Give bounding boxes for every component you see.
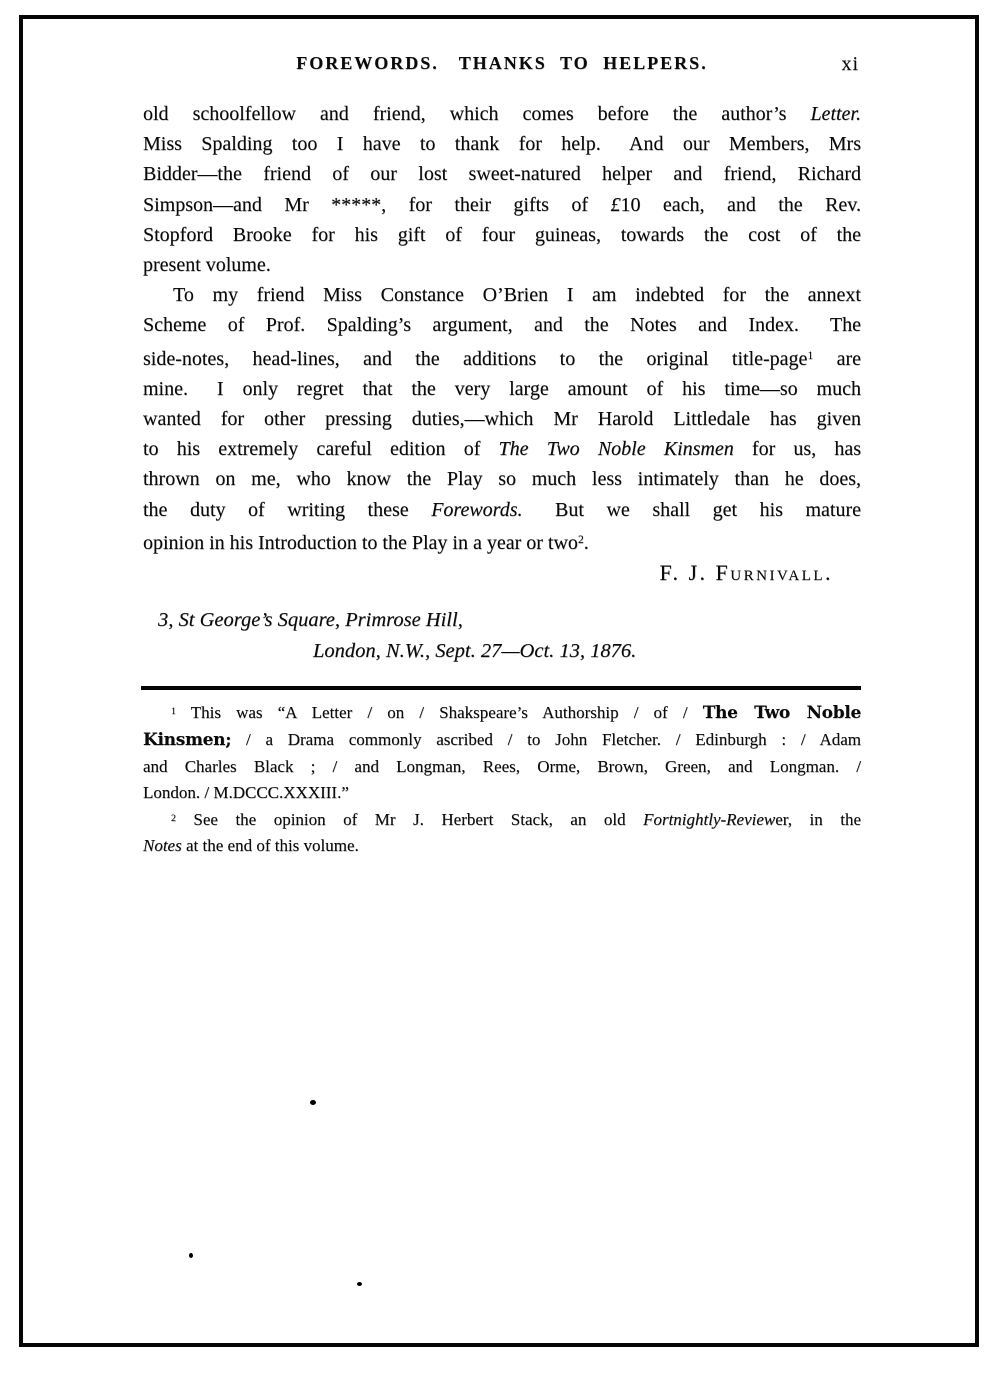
- text-segment: The Two Noble Kinsmen: [499, 438, 734, 460]
- text-segment: opinion in his Introduction to the Play …: [143, 532, 578, 554]
- text-line: present volume.: [143, 250, 861, 280]
- text-line: Scheme of Prof. Spalding’s argument, and…: [143, 310, 861, 340]
- text-segment: The Two Noble: [703, 703, 861, 723]
- text-line: side-notes, head-lines, and the addition…: [143, 341, 861, 374]
- text-segment: Notes: [143, 836, 182, 855]
- paragraph-1: old schoolfellow and friend, which comes…: [143, 99, 861, 280]
- text-segment: Stopford Brooke for his gift of four gui…: [143, 224, 861, 246]
- footnote-2: 2 See the opinion of Mr J. Herbert Stack…: [143, 806, 861, 859]
- dateline-date: London, N.W., Sept. 27—Oct. 13, 1876.: [143, 636, 861, 667]
- text-line: to his extremely careful edition of The …: [143, 434, 861, 464]
- text-line: 1 This was “A Letter / on / Shakspeare’s…: [143, 699, 861, 727]
- signature-line: F. J. Furnivall.: [143, 560, 861, 586]
- text-line: opinion in his Introduction to the Play …: [143, 525, 861, 558]
- text-segment: old schoolfellow and friend, which comes…: [143, 103, 810, 125]
- text-line: Notes at the end of this volume.: [143, 833, 861, 859]
- text-segment: See the opinion of Mr J. Herbert Stack, …: [176, 810, 643, 829]
- text-segment: / a Drama commonly ascribed / to John Fl…: [231, 730, 861, 749]
- text-segment: Miss Spalding too I have to thank for he…: [143, 133, 861, 155]
- text-segment: This was “A Letter / on / Shakspeare’s A…: [176, 703, 703, 722]
- text-segment: Letter.: [810, 103, 861, 125]
- text-segment: thrown on me, who know the Play so much …: [143, 468, 861, 490]
- text-segment: London. / M.DCCC.XXXIII.”: [143, 783, 349, 802]
- text-segment: side-notes, head-lines, and the addition…: [143, 348, 807, 370]
- text-line: old schoolfellow and friend, which comes…: [143, 99, 861, 129]
- scanned-book-page: FOREWORDS. THANKS TO HELPERS. xi old sch…: [0, 0, 1000, 1375]
- text-segment: mine. I only regret that the very large …: [143, 378, 861, 400]
- text-line: Stopford Brooke for his gift of four gui…: [143, 220, 861, 250]
- text-line: thrown on me, who know the Play so much …: [143, 464, 861, 494]
- footnote-separator-rule: [141, 686, 861, 690]
- page-header: FOREWORDS. THANKS TO HELPERS. xi: [143, 53, 861, 79]
- page-number: xi: [841, 53, 859, 76]
- paragraph-2: To my friend Miss Constance O’Brien I am…: [143, 280, 861, 558]
- ink-speck: [310, 1100, 316, 1105]
- text-segment: to his extremely careful edition of: [143, 438, 499, 460]
- text-line: and Charles Black ; / and Longman, Rees,…: [143, 754, 861, 780]
- text-segment: the duty of writing these: [143, 499, 431, 521]
- dateline: 3, St George’s Square, Primrose Hill, Lo…: [143, 605, 861, 666]
- text-line: Simpson—and Mr *****, for their gifts of…: [143, 190, 861, 220]
- text-segment: Kinsmen;: [143, 730, 231, 750]
- text-segment: Scheme of Prof. Spalding’s argument, and…: [143, 314, 861, 336]
- text-line: Miss Spalding too I have to thank for he…: [143, 129, 861, 159]
- body-text: old schoolfellow and friend, which comes…: [143, 99, 861, 558]
- text-line: Bidder—the friend of our lost sweet-natu…: [143, 159, 861, 189]
- text-segment: But we shall get his mature: [523, 499, 862, 521]
- text-line: wanted for other pressing duties,—which …: [143, 404, 861, 434]
- text-segment: present volume.: [143, 254, 271, 276]
- ink-speck: [189, 1253, 193, 1258]
- text-segment: and Charles Black ; / and Longman, Rees,…: [143, 757, 861, 776]
- text-segment: Forewords.: [431, 499, 522, 521]
- text-line: To my friend Miss Constance O’Brien I am…: [143, 280, 861, 310]
- text-segment: .: [584, 532, 589, 554]
- text-segment: wanted for other pressing duties,—which …: [143, 408, 861, 430]
- running-title: FOREWORDS. THANKS TO HELPERS.: [143, 53, 861, 74]
- dateline-address: 3, St George’s Square, Primrose Hill,: [143, 605, 861, 636]
- text-segment: To my friend Miss Constance O’Brien I am…: [173, 284, 861, 306]
- text-line: the duty of writing these Forewords. But…: [143, 495, 861, 525]
- footnotes: 1 This was “A Letter / on / Shakspeare’s…: [143, 699, 861, 858]
- text-segment: 10 each, and the Rev.: [620, 194, 861, 216]
- footnote-1: 1 This was “A Letter / on / Shakspeare’s…: [143, 699, 861, 806]
- text-segment: at the end of this volume.: [182, 836, 359, 855]
- text-segment: £: [610, 194, 620, 216]
- text-line: Kinsmen; / a Drama commonly ascribed / t…: [143, 727, 861, 754]
- text-segment: Simpson—and Mr *****, for their gifts of: [143, 194, 610, 216]
- text-line: London. / M.DCCC.XXXIII.”: [143, 780, 861, 806]
- text-segment: are: [813, 348, 861, 370]
- ink-speck: [357, 1282, 362, 1286]
- author-signature: F. J. Furnivall.: [660, 560, 834, 586]
- text-segment: er, in the: [775, 810, 861, 829]
- text-line: 2 See the opinion of Mr J. Herbert Stack…: [143, 806, 861, 833]
- text-line: mine. I only regret that the very large …: [143, 374, 861, 404]
- text-segment: for us, has: [734, 438, 861, 460]
- text-segment: Fortnightly-Review: [643, 810, 775, 829]
- text-segment: Bidder—the friend of our lost sweet-natu…: [143, 163, 861, 185]
